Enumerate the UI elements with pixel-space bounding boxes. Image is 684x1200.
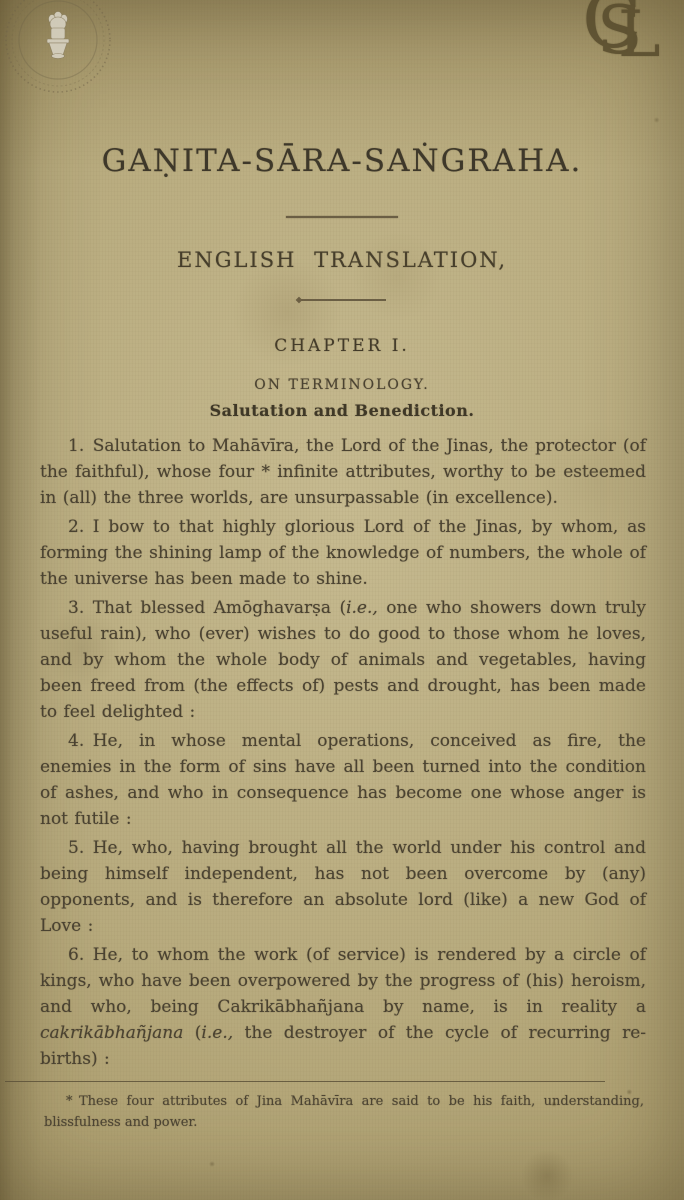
text-run: 5. He, who, having brought all the world…: [40, 838, 646, 936]
paragraph: 5. He, who, having brought all the world…: [40, 835, 646, 939]
section-heading: ON TERMINOLOGY.: [0, 377, 684, 393]
italic-text-run: i.e.,: [201, 1023, 233, 1043]
paragraph: 3. That blessed Amōghavarṣa (i.e., one w…: [40, 595, 646, 725]
text-run: 3. That blessed Amōghavarṣa (: [68, 598, 346, 618]
footnote: * These four attributes of Jina Mahāvīra…: [44, 1091, 644, 1133]
text-run: 4. He, in whose mental operations, conce…: [40, 731, 646, 829]
text-run: 2. I bow to that highly glorious Lord of…: [40, 517, 646, 589]
text-run: (: [183, 1023, 201, 1043]
csl-letter-l: L: [618, 3, 661, 67]
footnote-rule: [5, 1081, 605, 1082]
italic-text-run: cakrikābhañjana: [40, 1023, 183, 1043]
italic-text-run: i.e.,: [346, 598, 378, 618]
paragraph: 2. I bow to that highly glorious Lord of…: [40, 514, 646, 592]
book-title: GAṆITA-SĀRA-SAṄGRAHA.: [0, 143, 684, 179]
text-run: 6. He, to whom the work (of service) is …: [40, 945, 646, 1017]
csl-logo: C S L: [584, 0, 668, 100]
stamp-seal-icon: [2, 0, 114, 98]
divider-rule: [286, 216, 398, 218]
translation-heading: ENGLISH TRANSLATION,: [0, 248, 684, 272]
paragraph: 4. He, in whose mental operations, conce…: [40, 728, 646, 832]
book-page: C S L GAṆITA-SĀRA-SAṄGRAHA. ENGLISH TRAN…: [0, 0, 684, 1200]
paragraph: 1. Salutation to Mahāvīra, the Lord of t…: [40, 433, 646, 511]
text-run: 1. Salutation to Mahāvīra, the Lord of t…: [40, 436, 646, 508]
body-text: 1. Salutation to Mahāvīra, the Lord of t…: [40, 433, 646, 1072]
chapter-heading: CHAPTER I.: [0, 336, 684, 356]
ashoka-lion-capital-icon: [47, 12, 69, 59]
library-stamp-icon: [2, 0, 114, 98]
paragraph: 6. He, to whom the work (of service) is …: [40, 942, 646, 1072]
subsection-heading: Salutation and Benediction.: [0, 401, 684, 420]
ornament-divider-rule: [298, 299, 386, 301]
